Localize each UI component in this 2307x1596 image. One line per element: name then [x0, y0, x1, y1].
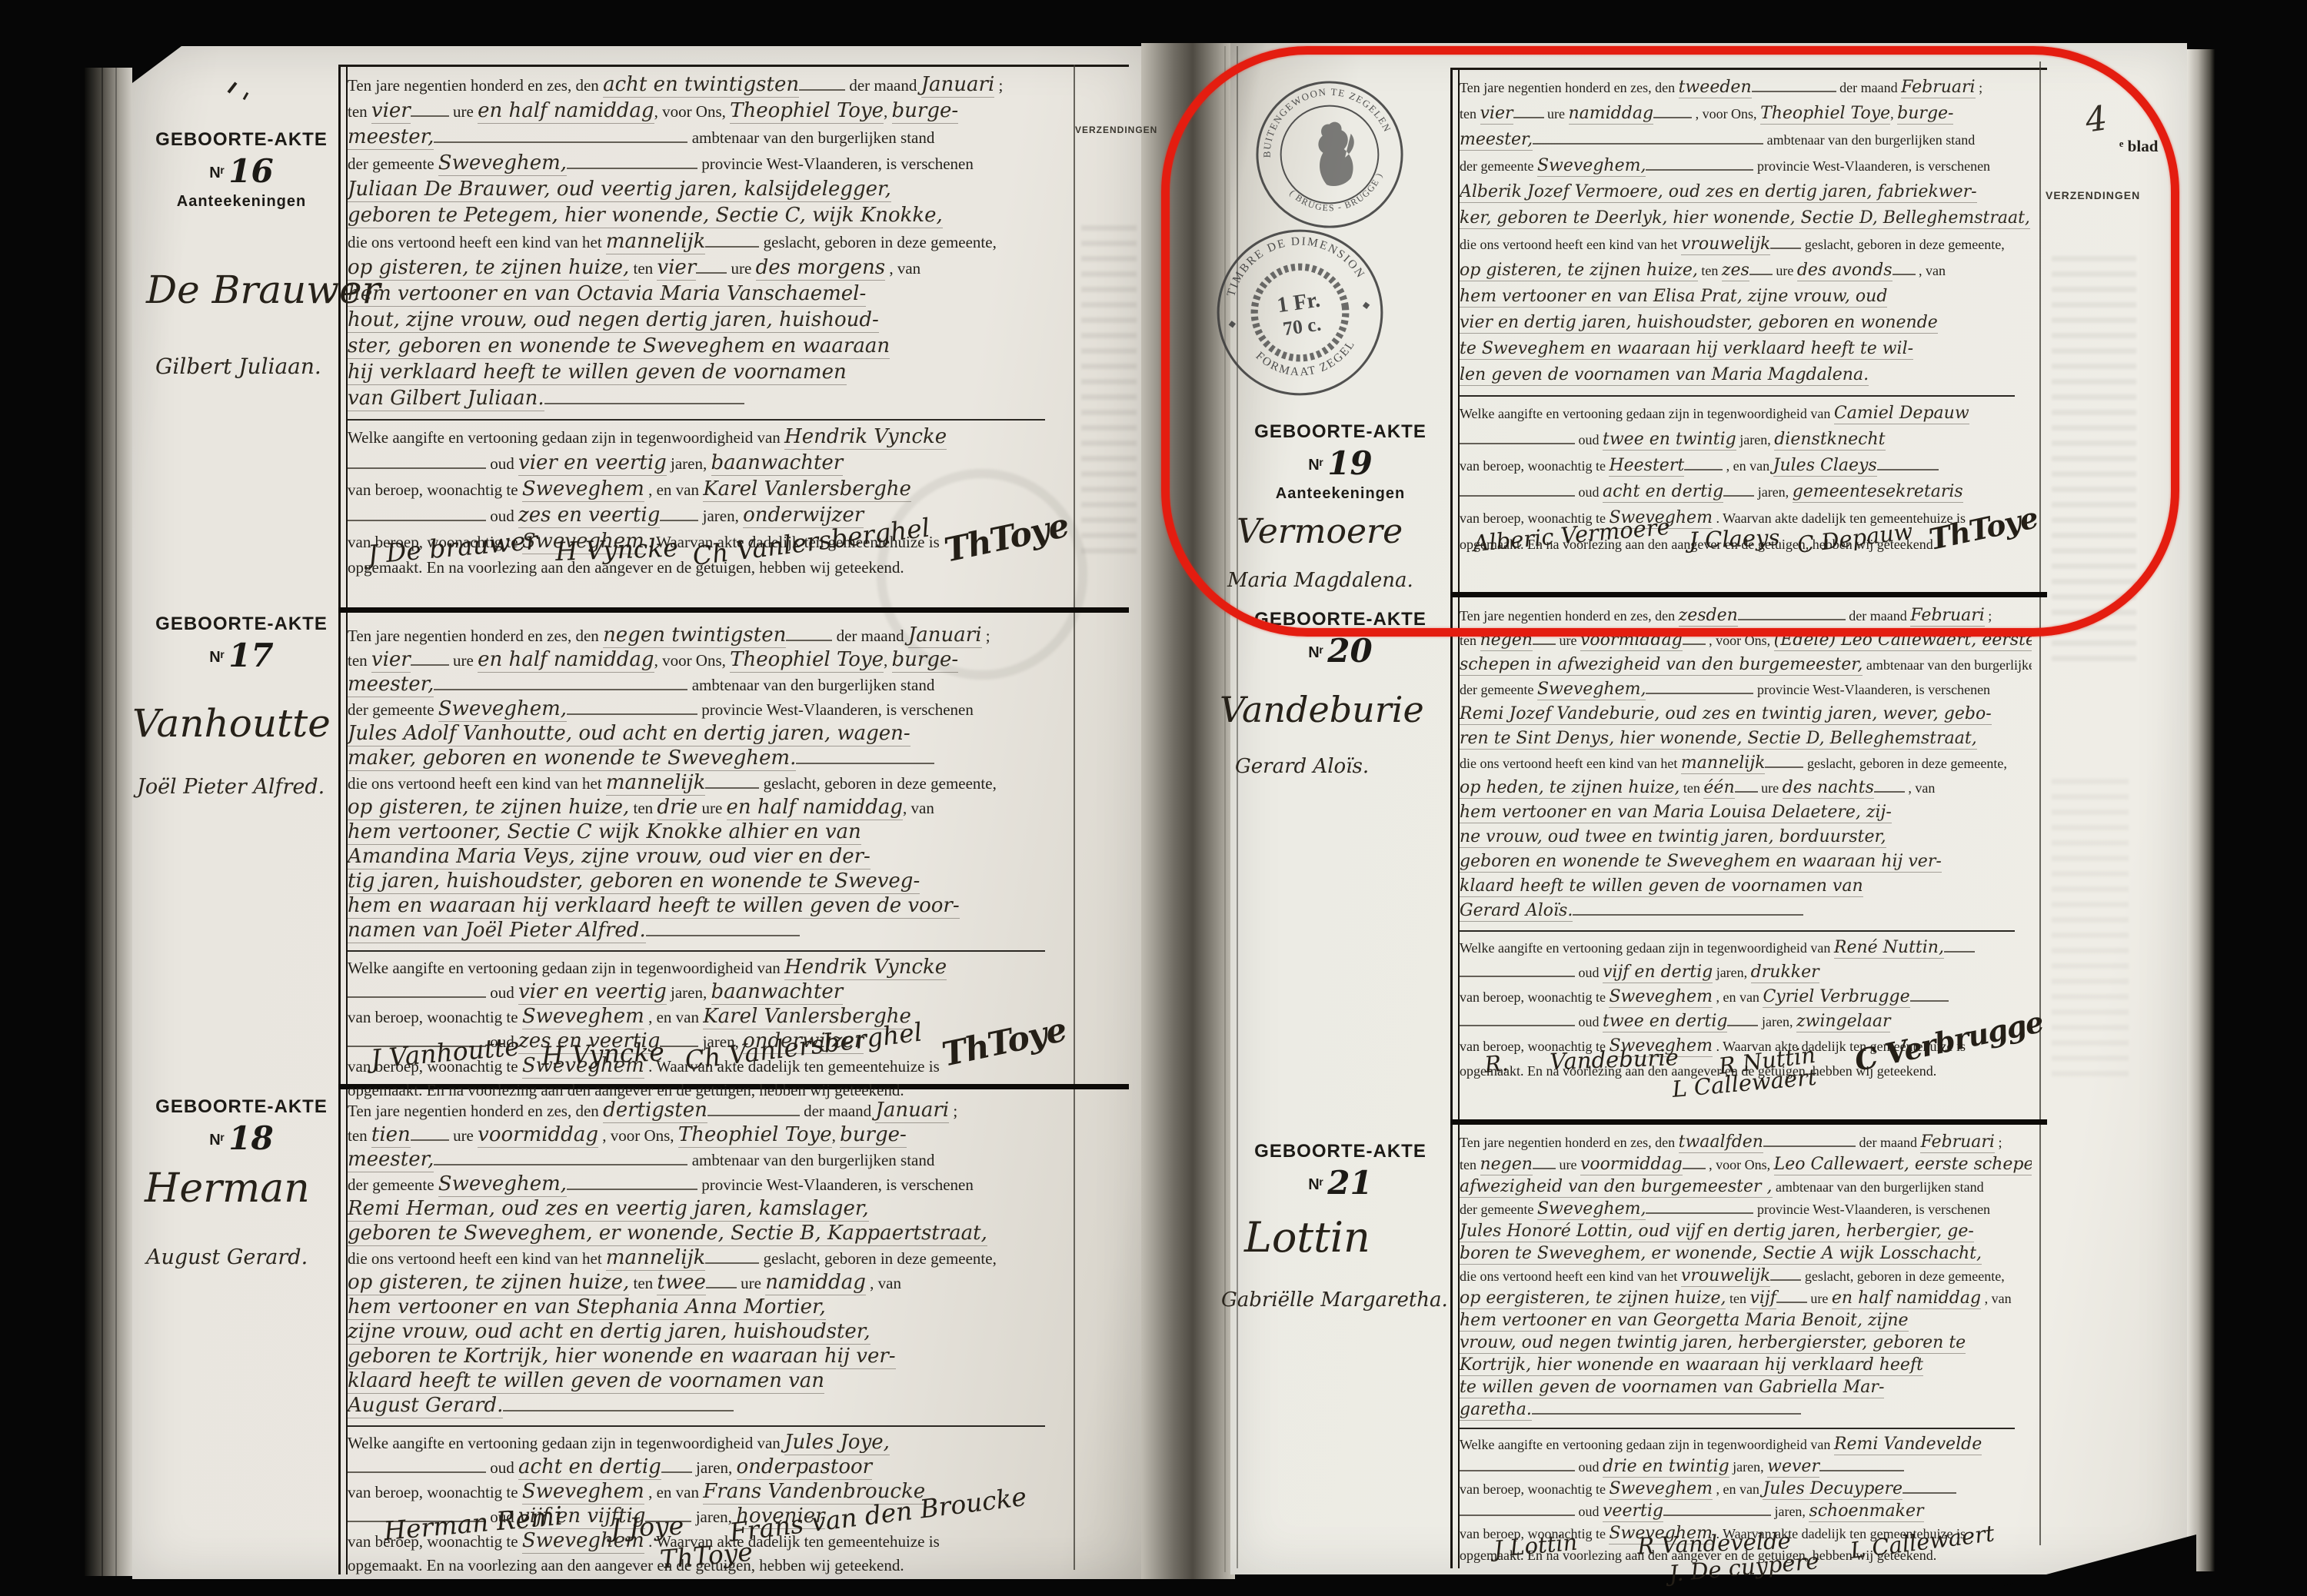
printed-text: Welke aangifte en vertooning gedaan zijn… [1460, 940, 1834, 956]
printed-text: der gemeente [348, 1175, 438, 1194]
printed-text: oud [1575, 965, 1603, 980]
blank-rule [1874, 782, 1905, 793]
handwritten-text: hem vertooner en van Stephania Anna Mort… [348, 1296, 826, 1320]
acte-form-title: GEBOORTE-AKTE [142, 129, 341, 151]
margin-given-names: Gilbert Juliaan. [155, 354, 321, 379]
printed-text: jaren, [692, 1458, 737, 1477]
printed-text: der gemeente [348, 155, 438, 173]
handwritten-text: vier [657, 256, 696, 281]
acte-text-line: Ten jare negentien honderd en zes, den d… [348, 1099, 1067, 1124]
handwritten-text: schepen in afwezigheid van den burgemees… [1460, 655, 1863, 676]
handwritten-text: op gisteren, te zijnen huize, [348, 796, 629, 820]
printed-text: ambtenaar van den burgerlijken stand [687, 1151, 934, 1169]
handwritten-text: negen [1480, 1155, 1533, 1175]
acte-text-line: Welke aangifte en vertooning gedaan zijn… [1460, 1434, 2032, 1456]
photo-corner-shadow [132, 46, 181, 83]
handwritten-text: Jules Adolf Vanhoutte, oud acht en derti… [348, 723, 910, 746]
blank-rule [411, 106, 449, 117]
blank-rule [567, 158, 697, 169]
acte-text-line: ten negen ure voormiddag , voor Ons, Leo… [1460, 1154, 2032, 1176]
blank-rule [705, 1253, 759, 1264]
acte-text-line: ster, geboren en wonende te Sweveghem en… [348, 334, 1067, 361]
handwritten-text: vier [371, 649, 411, 673]
printed-text: Welke aangifte en vertooning gedaan zijn… [1460, 1437, 1834, 1452]
printed-text: van beroep, woonachtig te [348, 1483, 522, 1501]
acte-text-line: Juliaan De Brauwer, oud veertig jaren, k… [348, 178, 1067, 204]
handwritten-text: Sweveghem, [438, 698, 567, 722]
blank-rule [503, 1401, 734, 1411]
printed-text: Ten jare negentien honderd en zes, den [348, 1102, 603, 1120]
printed-text: ure [1556, 1157, 1580, 1172]
printed-text: ; [994, 76, 1003, 95]
handwritten-text: Jules Decuypere [1763, 1479, 1903, 1500]
acte-text-line: Welke aangifte en vertooning gedaan zijn… [348, 956, 1067, 981]
handwritten-text: hem vertooner en van Maria Louisa Delaet… [1460, 803, 1892, 823]
signature: R. [1483, 1049, 1510, 1078]
printed-text: der maand [845, 76, 921, 95]
printed-text: ure [737, 1274, 765, 1292]
acte-text-line: Jules Honoré Lottin, oud vijf en dertig … [1460, 1221, 2032, 1243]
printed-text: ure [727, 259, 755, 278]
printed-text: , van [866, 1274, 901, 1292]
printed-text: Ten jare negentien honderd en zes, den [1460, 1135, 1679, 1150]
blank-rule [1903, 1483, 1956, 1494]
acte-text-line: ne vrouw, oud twee en twintig jaren, bor… [1460, 826, 2032, 850]
blank-rule [646, 926, 800, 936]
section-divider [1460, 1421, 2015, 1429]
handwritten-text: Theophiel Toye [730, 99, 884, 124]
acte-text-line: klaard heeft te willen geven de voorname… [1460, 875, 2032, 899]
acte-text-line: van beroep, woonachtig te Sweveghem , en… [348, 477, 1067, 504]
register-photo: VERZENDINGEN 4 ᵉ blad VERZENDINGEN GEBOO… [0, 0, 2307, 1596]
handwritten-text: twee [657, 1272, 705, 1295]
printed-text: ten [1679, 780, 1703, 796]
handwritten-text: burge- [892, 99, 959, 124]
handwritten-text: vrouwelijk [1681, 1266, 1770, 1287]
acte-text-line: der gemeente Sweveghem, provincie West-V… [348, 151, 1067, 178]
printed-text: ure [1807, 1291, 1832, 1306]
printed-text: provincie West-Vlaanderen, is verschenen [1753, 1202, 1990, 1217]
section-divider [348, 1419, 1045, 1427]
acte-form-title: GEBOORTE-AKTE [142, 1096, 341, 1118]
handwritten-text: Sweveghem, [438, 151, 567, 176]
printed-text: opgemaakt. En na voorlezing aan den aang… [348, 1081, 904, 1099]
handwritten-text: en half namiddag [478, 99, 654, 124]
acte-number: Nʳ 21 [1241, 1164, 1440, 1202]
acte-text-line: hij verklaard heeft te willen geven de v… [348, 361, 1067, 387]
handwritten-text: burge- [892, 649, 959, 673]
blank-rule [1460, 1461, 1575, 1471]
margin-surname: Herman [145, 1165, 310, 1212]
acte-text-line: Kortrijk, hier wonende en waaraan hij ve… [1460, 1355, 2032, 1377]
blank-rule [1944, 942, 1975, 953]
handwritten-text: August Gerard. [348, 1395, 503, 1418]
handwritten-text: Sweveghem [522, 1481, 644, 1505]
acte-text-line: oud vier en veertig jaren, baanwachter [348, 981, 1067, 1006]
acte-text-line: garetha. [1460, 1399, 2032, 1421]
handwritten-text: Karel Vanlersberghe [703, 477, 911, 502]
blank-rule [411, 655, 449, 666]
handwritten-text: Januari [875, 1099, 949, 1123]
acte-text-line: die ons vertoond heeft een kind van het … [1460, 752, 2032, 776]
blank-rule [1532, 1404, 1801, 1415]
handwritten-text: mannelijk [606, 772, 705, 796]
printed-text: ten [1726, 1291, 1749, 1306]
handwritten-text: Remi Jozef Vandeburie, oud zes en twinti… [1460, 704, 1992, 725]
acte-text-line: oud drie en twintig jaren, wever [1460, 1456, 2032, 1478]
acte-18-signatures: Herman RemiJ JoyeFrans van den BrouckeTh… [361, 1516, 1054, 1574]
acte-separator [338, 607, 1129, 613]
acte-text-line: meester, ambtenaar van den burgerlijken … [348, 1149, 1067, 1173]
acte-text-line: die ons vertoond heeft een kind van het … [348, 772, 1067, 796]
handwritten-text: Theophiel Toye [678, 1124, 832, 1148]
printed-text: , en van [1713, 989, 1763, 1005]
acte-text-line: tig jaren, huishoudster, geboren en wone… [348, 870, 1067, 895]
printed-text: , voor Ons, [598, 1126, 678, 1145]
printed-text: ten [629, 259, 657, 278]
handwritten-text: en half namiddag [1832, 1288, 1981, 1309]
handwritten-text: zwingelaar [1796, 1012, 1891, 1032]
printed-text: provincie West-Vlaanderen, is verschenen [1753, 682, 1990, 697]
printed-text: oud [1575, 1014, 1603, 1029]
handwritten-text: hem en waaraan hij verklaard heeft te wi… [348, 895, 960, 919]
blank-rule [1646, 683, 1753, 694]
printed-text: , en van [644, 1483, 703, 1501]
handwritten-text: wever [1767, 1457, 1819, 1478]
blank-rule [434, 132, 687, 143]
handwritten-text: schoenmaker [1809, 1501, 1923, 1522]
blank-rule [544, 394, 744, 404]
blank-rule [707, 1106, 800, 1116]
acte-number: Nʳ 18 [142, 1119, 341, 1157]
acte-16-margin: GEBOORTE-AKTE Nʳ 16 Aanteekeningen [142, 129, 341, 211]
acte-text-line: hem en waaraan hij verklaard heeft te wi… [348, 895, 1067, 919]
acte-text-line: die ons vertoond heeft een kind van het … [1460, 1265, 2032, 1288]
printed-text: der gemeente [1460, 682, 1537, 697]
handwritten-text: drie en twintig [1603, 1457, 1729, 1478]
handwritten-text: Remi Herman, oud zes en veertig jaren, k… [348, 1198, 869, 1222]
printed-text: die ons vertoond heeft een kind van het [348, 233, 606, 251]
acte-text-line: Welke aangifte en vertooning gedaan zijn… [348, 1431, 1067, 1456]
handwritten-text: te willen geven de voornamen van Gabriel… [1460, 1378, 1884, 1398]
acte-21-body: Ten jare negentien honderd en zes, den t… [1460, 1132, 2032, 1567]
printed-text: Welke aangifte en vertooning gedaan zijn… [348, 959, 784, 977]
acte-form-title: GEBOORTE-AKTE [142, 613, 341, 635]
blank-rule [1776, 1292, 1807, 1303]
handwritten-text: vijf [1749, 1288, 1776, 1309]
printed-text: oud [486, 1458, 518, 1477]
handwritten-text: Gerard Aloïs. [1460, 901, 1573, 922]
blank-rule [799, 80, 845, 91]
acte-text-line: Gerard Aloïs. [1460, 899, 2032, 924]
printed-text: oud [486, 507, 518, 525]
acte-text-line: hout, zijne vrouw, oud negen dertig jare… [348, 308, 1067, 334]
acte-21-margin: GEBOORTE-AKTE Nʳ 21 [1241, 1141, 1440, 1205]
blank-rule [1727, 1016, 1758, 1026]
acte-text-line: ten vier ure en half namiddag, voor Ons,… [348, 649, 1067, 673]
printed-text: ure [449, 1126, 478, 1145]
printed-text: ten [1460, 1157, 1480, 1172]
handwritten-text: tien [371, 1124, 411, 1148]
blank-rule [796, 753, 934, 764]
handwritten-text: klaard heeft te willen geven de voorname… [348, 1370, 824, 1394]
printed-text: geslacht, geboren in deze gemeente, [759, 233, 996, 251]
printed-text: geslacht, geboren in deze gemeente, [1803, 756, 2006, 771]
blank-rule [1533, 1159, 1556, 1169]
handwritten-text: op gisteren, te zijnen huize, [348, 1272, 629, 1295]
acte-text-line: ten vier ure en half namiddag, voor Ons,… [348, 99, 1067, 125]
handwritten-text: maker, geboren en wonende te Sweveghem. [348, 747, 796, 771]
section-divider [348, 413, 1045, 421]
blank-rule [1683, 1159, 1706, 1169]
acte-text-line: geboren en wonende te Sweveghem en waara… [1460, 850, 2032, 875]
acte-text-line: van beroep, woonachtig te Sweveghem , en… [1460, 986, 2032, 1010]
handwritten-text: vijf en dertig [1603, 963, 1713, 983]
handwritten-text: Jules Honoré Lottin, oud vijf en dertig … [1460, 1222, 1974, 1242]
acte-text-line: meester, ambtenaar van den burgerlijken … [348, 673, 1067, 698]
printed-text: , voor Ons, [654, 651, 731, 670]
printed-text: jaren, [698, 507, 743, 525]
printed-text: jaren, [667, 983, 711, 1002]
handwritten-text: Hendrik Vyncke [784, 956, 947, 980]
acte-text-line: klaard heeft te willen geven de voorname… [348, 1370, 1067, 1395]
acte-text-line: geboren te Kortrijk, hier wonende en waa… [348, 1345, 1067, 1370]
acte-text-line: der gemeente Sweveghem, provincie West-V… [1460, 1199, 2032, 1221]
section-divider [1460, 924, 2015, 932]
handwritten-text: twaalfden [1679, 1132, 1763, 1153]
printed-text: Welke aangifte en vertooning gedaan zijn… [348, 1434, 784, 1452]
blank-rule [1663, 1505, 1771, 1516]
blank-rule [1763, 1136, 1856, 1147]
printed-text: , en van [1713, 1481, 1763, 1497]
printed-text: ten [629, 799, 657, 817]
acte-number: Nʳ 17 [142, 637, 341, 674]
handwritten-text: voormiddag [478, 1124, 598, 1148]
form-right-rule [1074, 65, 1075, 1570]
printed-text: geslacht, geboren in deze gemeente, [759, 1249, 996, 1268]
acte-text-line: zijne vrouw, oud acht en dertig jaren, h… [348, 1321, 1067, 1345]
handwritten-text: hout, zijne vrouw, oud negen dertig jare… [348, 308, 879, 333]
blank-rule [348, 1462, 486, 1473]
blank-rule [348, 987, 486, 998]
handwritten-text: van Gilbert Juliaan. [348, 387, 544, 411]
acte-text-line: der gemeente Sweveghem, provincie West-V… [348, 1173, 1067, 1198]
printed-text: der gemeente [348, 700, 438, 719]
blank-rule [1910, 991, 1949, 1002]
blank-rule [348, 510, 486, 521]
acte-text-line: vrouw, oud negen twintig jaren, herbergi… [1460, 1332, 2032, 1355]
handwritten-text: Sweveghem [522, 477, 644, 502]
handwritten-text: veertig [1603, 1501, 1663, 1522]
acte-text-line: Remi Jozef Vandeburie, oud zes en twinti… [1460, 703, 2032, 727]
red-highlight-oval [1161, 46, 2179, 637]
acte-text-line: die ons vertoond heeft een kind van het … [348, 230, 1067, 256]
blank-rule [705, 778, 759, 789]
handwritten-text: ne vrouw, oud twee en twintig jaren, bor… [1460, 827, 1886, 848]
printed-text: ; [949, 1102, 957, 1120]
blank-rule [661, 1462, 692, 1473]
acte-text-line: Welke aangifte en vertooning gedaan zijn… [348, 425, 1067, 451]
blank-rule [1765, 757, 1803, 768]
blank-rule [1770, 1270, 1801, 1281]
acte-notes-label: Aanteekeningen [142, 193, 341, 211]
acte-text-line: oud vijf en dertig jaren, drukker [1460, 961, 2032, 986]
acte-number: Nʳ 16 [142, 152, 341, 190]
blank-rule [1573, 905, 1803, 916]
handwritten-text: geboren te Kortrijk, hier wonende en waa… [348, 1345, 896, 1369]
acte-text-line: ten tien ure voormiddag , voor Ons, Theo… [348, 1124, 1067, 1149]
acte-text-line: Remi Herman, oud zes en veertig jaren, k… [348, 1198, 1067, 1222]
bleedthrough-text [1081, 223, 1137, 554]
handwritten-text: Jules Joye, [784, 1431, 890, 1455]
acte-text-line: hem vertooner en van Octavia Maria Vansc… [348, 282, 1067, 308]
printed-text: Welke aangifte en vertooning gedaan zijn… [348, 428, 784, 447]
handwritten-text: René Nuttin, [1834, 938, 1944, 959]
printed-text: ten [348, 1126, 371, 1145]
handwritten-text: mannelijk [606, 1247, 705, 1271]
signature: Vandeburie [1550, 1044, 1679, 1075]
acte-text-line: afwezigheid van den burgemeester , ambte… [1460, 1176, 2032, 1199]
acte-18-margin: GEBOORTE-AKTE Nʳ 18 [142, 1096, 341, 1160]
blank-rule [706, 1278, 737, 1288]
acte-form-title: GEBOORTE-AKTE [1241, 1141, 1440, 1162]
handwritten-text: afwezigheid van den burgemeester , [1460, 1177, 1773, 1198]
page-stack-edge-right [2187, 49, 2215, 1571]
printed-text: jaren, [1771, 1504, 1809, 1519]
acte-text-line: oud vier en veertig jaren, baanwachter [348, 451, 1067, 477]
printed-text: , van [1981, 1291, 2012, 1306]
handwritten-text: Sweveghem, [1537, 1199, 1646, 1220]
acte-text-line: die ons vertoond heeft een kind van het … [348, 1247, 1067, 1272]
blank-rule [705, 237, 759, 248]
blank-rule [348, 458, 486, 469]
acte-text-line: Ten jare negentien honderd en zes, den n… [348, 624, 1067, 649]
verzendingen-label-left: VERZENDINGEN [1075, 125, 1157, 135]
handwritten-text: Sweveghem [1609, 1479, 1713, 1500]
bleedthrough-text [2052, 769, 2129, 1076]
handwritten-text: negen twintigsten [603, 624, 786, 648]
acte-text-line: van Gilbert Juliaan. [348, 387, 1067, 413]
handwritten-text: meester, [348, 125, 434, 150]
handwritten-text: des morgens [756, 256, 886, 281]
printed-text: , en van [644, 1008, 703, 1026]
handwritten-text: klaard heeft te willen geven de voorname… [1460, 876, 1863, 897]
printed-text: ambtenaar van den burgerlijken stand [687, 128, 934, 147]
acte-text-line: geboren te Sweveghem, er wonende, Sectie… [348, 1222, 1067, 1247]
handwritten-text: zes en veertig [518, 504, 660, 528]
acte-text-line: namen van Joël Pieter Alfred. [348, 919, 1067, 944]
handwritten-text: Hendrik Vyncke [784, 425, 947, 450]
handwritten-text: ren te Sint Denys, hier wonende, Sectie … [1460, 729, 1977, 750]
printed-text: geslacht, geboren in deze gemeente, [759, 774, 996, 793]
printed-text: jaren, [1758, 1014, 1796, 1029]
acte-number: Nʳ 20 [1241, 632, 1440, 670]
acte-text-line: hem vertooner en van Maria Louisa Delaet… [1460, 801, 2032, 826]
handwritten-text: Februari [1920, 1132, 1995, 1153]
handwritten-text: hem vertooner, Sectie C wijk Knokke alhi… [348, 821, 861, 845]
handwritten-text: vier en veertig [518, 451, 667, 476]
handwritten-text: Januari [921, 73, 995, 98]
printed-text: oud [486, 454, 518, 473]
printed-text: , en van [644, 480, 703, 499]
printed-text: der maand [832, 627, 908, 645]
acte-text-line: Amandina Maria Veys, zijne vrouw, oud vi… [348, 846, 1067, 870]
handwritten-text: meester, [348, 1149, 434, 1172]
handwritten-text: één [1703, 778, 1734, 799]
handwritten-text: drie [657, 796, 697, 820]
printed-text: die ons vertoond heeft een kind van het [1460, 756, 1681, 771]
handwritten-text: vier [371, 99, 411, 124]
handwritten-text: op eergisteren, te zijnen huize, [1460, 1288, 1726, 1309]
handwritten-text: des nachts [1783, 778, 1874, 799]
handwritten-text: Januari [908, 624, 982, 648]
printed-text: jaren, [1713, 965, 1750, 980]
blank-rule [1460, 966, 1575, 977]
handwritten-text: hij verklaard heeft te willen geven de v… [348, 361, 847, 385]
acte-text-line: der gemeente Sweveghem, provincie West-V… [348, 698, 1067, 723]
acte-text-line: te willen geven de voornamen van Gabriel… [1460, 1377, 2032, 1399]
acte-text-line: der gemeente Sweveghem, provincie West-V… [1460, 678, 2032, 703]
handwritten-text: op heden, te zijnen huize, [1460, 778, 1679, 799]
blank-rule [696, 263, 727, 274]
form-top-rule [338, 65, 1129, 67]
acte-text-line: meester, ambtenaar van den burgerlijken … [348, 125, 1067, 151]
handwritten-text: hem vertooner en van Georgetta Maria Ben… [1460, 1311, 1909, 1332]
acte-text-line: Ten jare negentien honderd en zes, den t… [1460, 1132, 2032, 1154]
acte-text-line: op heden, te zijnen huize, ten één ure d… [1460, 776, 2032, 801]
acte-text-line: schepen in afwezigheid van den burgemees… [1460, 653, 2032, 678]
printed-text: die ons vertoond heeft een kind van het [348, 774, 606, 793]
handwritten-text: voormiddag [1580, 1155, 1683, 1175]
handwritten-text: namiddag [765, 1272, 866, 1295]
printed-text: jaren, [1729, 1459, 1767, 1475]
signature-row: ThToye [361, 1544, 1054, 1574]
margin-given-names: Gabriëlle Margaretha. [1221, 1288, 1448, 1312]
blank-rule [567, 704, 697, 715]
blank-rule [1819, 1461, 1904, 1471]
blank-rule [786, 630, 832, 641]
handwritten-text: meester, [348, 673, 434, 697]
handwritten-text: geboren en wonende te Sweveghem en waara… [1460, 852, 1942, 873]
printed-text: van beroep, woonachtig te [1460, 989, 1609, 1005]
blank-rule [567, 1179, 697, 1190]
acte-text-line: hem vertooner, Sectie C wijk Knokke alhi… [348, 821, 1067, 846]
handwritten-text: Kortrijk, hier wonende en waaraan hij ve… [1460, 1355, 1923, 1376]
acte-text-line: Welke aangifte en vertooning gedaan zijn… [1460, 936, 2032, 961]
handwritten-text: Sweveghem [1609, 987, 1713, 1008]
handwritten-text: vrouw, oud negen twintig jaren, herbergi… [1460, 1333, 1966, 1354]
printed-text: jaren, [667, 454, 711, 473]
printed-text: ure [449, 651, 478, 670]
printed-text: van beroep, woonachtig te [348, 1008, 522, 1026]
section-divider [348, 944, 1045, 952]
acte-21-signatures: J LottinR VandeveldeL CallewaertJ. De cu… [1465, 1536, 2026, 1587]
printed-text: , voor Ons, [1706, 1157, 1774, 1172]
printed-text: provincie West-Vlaanderen, is verschenen [697, 1175, 974, 1194]
margin-surname: De Brauwer [146, 268, 381, 312]
acte-text-line: hem vertooner en van Stephania Anna Mort… [348, 1296, 1067, 1321]
margin-surname: Vanhoutte [132, 701, 331, 746]
acte-text-line: van beroep, woonachtig te Sweveghem , en… [348, 1006, 1067, 1030]
handwritten-text: mannelijk [606, 230, 705, 254]
printed-text: oud [1575, 1504, 1603, 1519]
printed-text: van beroep, woonachtig te [348, 480, 522, 499]
printed-text: ; [982, 627, 990, 645]
printed-text: , [884, 102, 892, 121]
printed-text: oud [486, 983, 518, 1002]
acte-text-line: August Gerard. [348, 1395, 1067, 1419]
printed-text: , van [903, 799, 934, 817]
